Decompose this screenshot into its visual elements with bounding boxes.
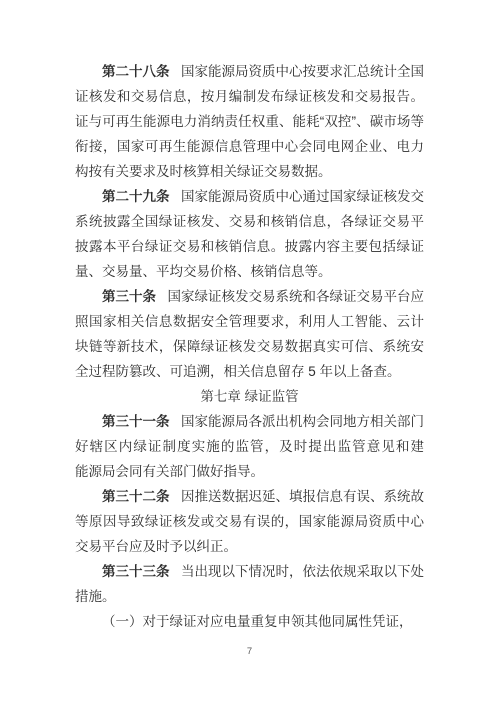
article-number: 第二十九条 <box>102 189 170 204</box>
text-line: 证核发和交易信息，按月编制发布绿证核发和交易报告。支撑绿 <box>75 84 424 109</box>
document-page: 第二十八条国家能源局资质中心按要求汇总统计全国绿 证核发和交易信息，按月编制发布… <box>0 0 500 706</box>
list-item-line: （一）对于绿证对应电量重复申领其他同属性凭证，或存在 <box>75 609 424 634</box>
article-number: 第三十一条 <box>102 414 170 429</box>
article-29-line: 第二十九条国家能源局资质中心通过国家绿证核发交易 <box>75 184 424 209</box>
article-number: 第二十八条 <box>102 64 170 79</box>
article-31-line: 第三十一条国家能源局各派出机构会同地方相关部门做 <box>75 409 424 434</box>
article-number: 第三十二条 <box>102 489 170 504</box>
article-number: 第三十条 <box>102 289 156 304</box>
text-line: 交易平台应及时予以纠正。 <box>75 534 424 559</box>
article-number: 第三十三条 <box>102 564 170 579</box>
article-28-line: 第二十八条国家能源局资质中心按要求汇总统计全国绿 <box>75 59 424 84</box>
text-line: 能源局会同有关部门做好指导。 <box>75 459 424 484</box>
text-line: 证与可再生能源电力消纳责任权重、能耗“双控”、碳市场等有效 <box>75 109 424 134</box>
text-line: 措施。 <box>75 584 424 609</box>
text-line: 照国家相关信息数据安全管理要求，利用人工智能、云计算、区 <box>75 309 424 334</box>
text-line: 系统披露全国绿证核发、交易和核销信息，各绿证交易平台定期 <box>75 209 424 234</box>
list-item-text: （一）对于绿证对应电量重复申领其他同属性凭证，或存在 <box>75 614 413 634</box>
text-line: 等原因导致绿证核发或交易有误的，国家能源局资质中心或绿证 <box>75 509 424 534</box>
text-line: 好辖区内绿证制度实施的监管，及时提出监管意见和建议。国家 <box>75 434 424 459</box>
text-line: 披露本平台绿证交易和核销信息。披露内容主要包括绿证核发 <box>75 234 424 259</box>
article-32-line: 第三十二条因推送数据迟延、填报信息有误、系统故障 <box>75 484 424 509</box>
text-line: 构按有关要求及时核算相关绿证交易数据。 <box>75 159 424 184</box>
text-line: 全过程防篡改、可追溯，相关信息留存 5 年以上备查。 <box>75 359 424 384</box>
article-33-line: 第三十三条当出现以下情况时，依法依规采取以下处置 <box>75 559 424 584</box>
chapter-heading: 第七章 绿证监管 <box>75 384 424 409</box>
article-30-line: 第三十条国家绿证核发交易系统和各绿证交易平台应按 <box>75 284 424 309</box>
text-line: 量、交易量、平均交易价格、核销信息等。 <box>75 259 424 284</box>
page-number: 7 <box>75 646 424 657</box>
text-line: 块链等新技术，保障绿证核发交易数据真实可信、系统安全可靠、 <box>75 334 424 359</box>
text-line: 衔接，国家可再生能源信息管理中心会同电网企业、电力交易机 <box>75 134 424 159</box>
